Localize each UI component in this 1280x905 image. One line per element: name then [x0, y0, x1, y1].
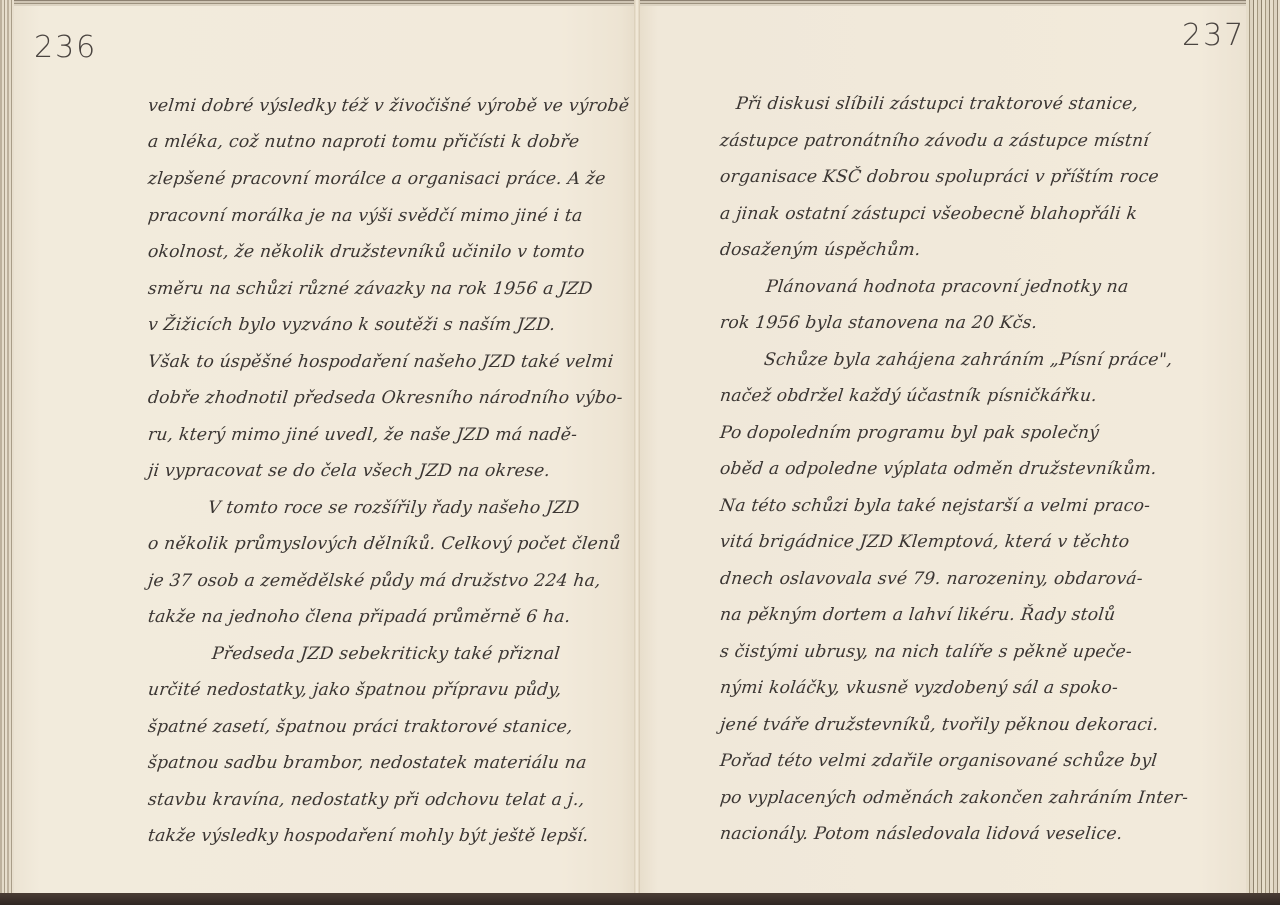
text-line: dobře zhodnotil předseda Okresního národ… — [147, 388, 624, 408]
text-line: na pěkným dortem a lahví likéru. Řady st… — [719, 605, 1116, 625]
text-line: takže na jednoho člena připadá průměrně … — [147, 607, 572, 627]
right-page: Při diskusi slíbili zástupci traktorové … — [638, 6, 1248, 893]
text-line: načež obdržel každý účastník písničkářku… — [719, 386, 1098, 406]
text-line: zástupce patronátního závodu a zástupce … — [719, 131, 1150, 151]
text-line: ru, který mimo jiné uvedl, že naše JZD m… — [147, 425, 578, 445]
left-page-text: velmi dobré výsledky též v živočišné výr… — [0, 6, 638, 893]
text-line: dosaženým úspěchům. — [719, 240, 922, 260]
text-line: velmi dobré výsledky též v živočišné výr… — [147, 96, 682, 116]
right-page-text: Při diskusi slíbili zástupci traktorové … — [638, 6, 1248, 893]
text-line: a mléka, což nutno naproti tomu přičísti… — [147, 132, 580, 152]
text-line: V tomto roce se rozšířily řady našeho JZ… — [207, 498, 580, 518]
text-line: pracovní morálka je na výši svědčí mimo … — [147, 206, 584, 226]
text-line: je 37 osob a zemědělské půdy má družstvo… — [147, 571, 602, 591]
text-line: směru na schůzi různé závazky na rok 195… — [147, 279, 594, 299]
text-line: nými koláčky, vkusně vyzdobený sál a spo… — [719, 678, 1119, 698]
text-line: takže výsledky hospodaření mohly být ješ… — [147, 826, 590, 846]
text-line: Však to úspěšné hospodaření našeho JZD t… — [147, 352, 614, 372]
book-spine — [634, 0, 640, 893]
text-line: s čistými ubrusy, na nich talíře s pěkně… — [719, 642, 1133, 662]
text-line: stavbu kravína, nedostatky při odchovu t… — [147, 790, 586, 810]
text-line: okolnost, že několik družstevníků učinil… — [147, 242, 586, 262]
text-line: a jinak ostatní zástupci všeobecně blaho… — [719, 204, 1138, 224]
text-line: po vyplacených odměnách zakončen zahrání… — [719, 788, 1189, 808]
text-line: špatnou sadbu brambor, nedostatek materi… — [147, 753, 588, 773]
background-surface — [0, 893, 1280, 905]
page-number-right: 237 — [1182, 18, 1245, 53]
text-line: Pořad této velmi zdařile organisované sc… — [719, 751, 1158, 771]
text-line: Na této schůzi byla také nejstarší a vel… — [719, 496, 1151, 516]
text-line: špatné zasetí, špatnou práci traktorové … — [147, 717, 574, 737]
text-line: rok 1956 byla stanovena na 20 Kčs. — [719, 313, 1038, 333]
text-line: zlepšené pracovní morálce a organisaci p… — [147, 169, 607, 189]
right-page-stack-edge — [1246, 0, 1280, 893]
text-line: o několik průmyslových dělníků. Celkový … — [147, 534, 622, 554]
left-page: 236 velmi dobré výsledky též v živočišné… — [0, 6, 638, 893]
left-page-stack-edge — [0, 0, 14, 893]
text-line: Předseda JZD sebekriticky také přiznal — [211, 644, 561, 664]
text-line: Po dopoledním programu byl pak společný — [719, 423, 1100, 443]
text-line: Při diskusi slíbili zástupci traktorové … — [735, 94, 1139, 114]
text-line: Plánovaná hodnota pracovní jednotky na — [765, 277, 1130, 297]
text-line: určité nedostatky, jako špatnou přípravu… — [147, 680, 563, 700]
text-line: oběd a odpoledne výplata odměn družstevn… — [719, 459, 1158, 479]
text-line: vitá brigádnice JZD Klemptová, která v t… — [719, 532, 1130, 552]
text-line: nacionály. Potom následovala lidová vese… — [719, 824, 1124, 844]
text-line: ji vypracovat se do čela všech JZD na ok… — [147, 461, 551, 481]
text-line: organisace KSČ dobrou spolupráci v příšt… — [719, 167, 1160, 187]
text-line: dnech oslavovala své 79. narozeniny, obd… — [719, 569, 1144, 589]
text-line: jené tváře družstevníků, tvořily pěknou … — [719, 715, 1160, 735]
open-book: 236 velmi dobré výsledky též v živočišné… — [0, 0, 1280, 893]
text-line: Schůze byla zahájena zahráním „Písní prá… — [763, 350, 1174, 370]
text-line: v Žižicích bylo vyzváno k soutěži s naší… — [147, 315, 556, 335]
